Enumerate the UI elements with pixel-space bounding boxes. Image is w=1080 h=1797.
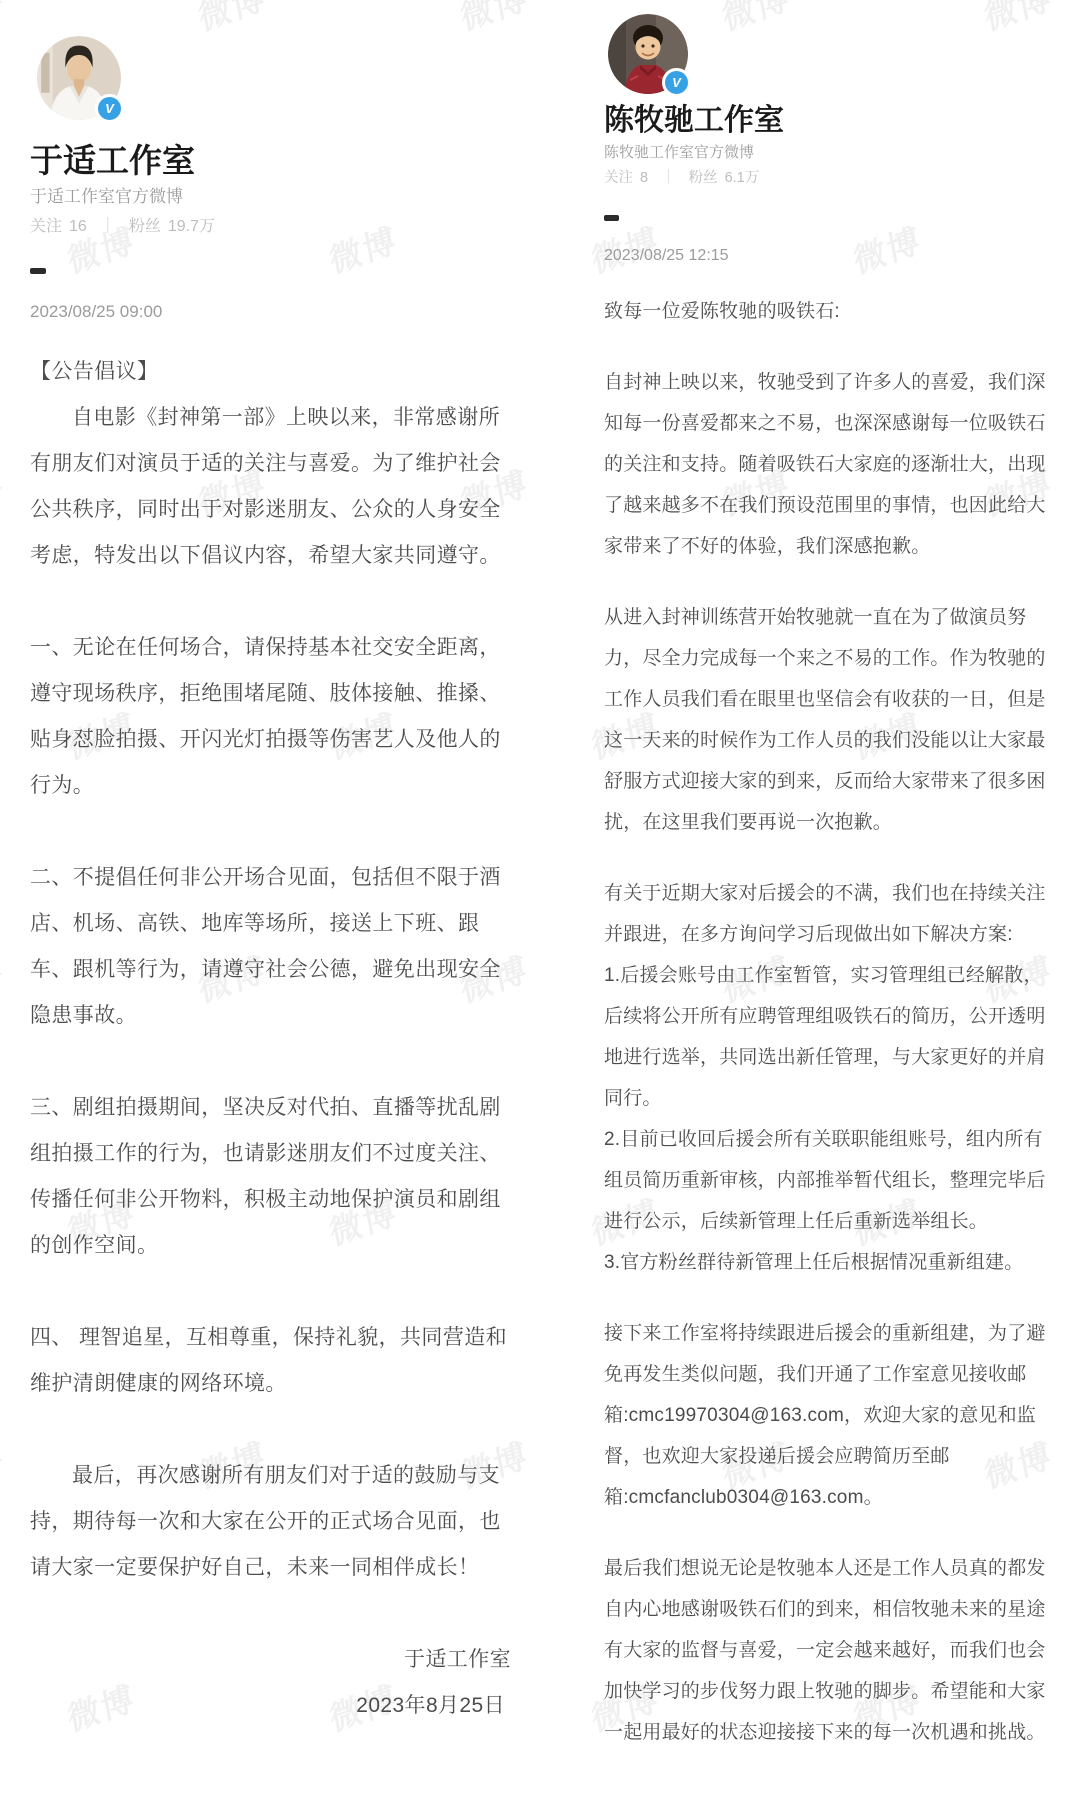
post-paragraph: 【公告倡议】: [30, 349, 511, 395]
post-paragraph: 致每一位爱陈牧驰的吸铁石:: [604, 291, 1054, 332]
weibo-watermark: 微博: [456, 0, 531, 40]
weibo-watermark: 微博: [0, 457, 8, 526]
fans-count: 6.1万: [725, 169, 760, 188]
post-paragraph: 最后我们想说无论是牧驰本人还是工作人员真的都发自内心地感谢吸铁石们的到来，相信牧…: [604, 1548, 1054, 1753]
profile-name-right[interactable]: 陈牧驰工作室: [604, 102, 1054, 140]
verified-badge-icon: V: [662, 68, 691, 97]
avatar-right[interactable]: V: [608, 14, 688, 94]
stats-divider: ｜: [100, 216, 116, 238]
post-left: V 于适工作室 于适工作室官方微博 关注 16 ｜ 粉丝 19.7万 2023/…: [30, 36, 511, 1729]
follow-label: 关注: [604, 169, 633, 188]
post-paragraph: 一、无论在任何场合，请保持基本社交安全距离，遵守现场秩序，拒绝围堵尾随、肢体接触…: [30, 625, 511, 809]
post-paragraph: 接下来工作室将持续跟进后援会的重新组建，为了避免再发生类似问题，我们开通了工作室…: [604, 1313, 1054, 1518]
post-paragraph: 自封神上映以来，牧驰受到了许多人的喜爱，我们深知每一份喜爱都来之不易，也深深感谢…: [604, 362, 1054, 567]
profile-name-left[interactable]: 于适工作室: [30, 141, 511, 181]
post-right: V 陈牧驰工作室 陈牧驰工作室官方微博 关注 8 ｜ 粉丝 6.1万 2023/…: [604, 14, 1054, 1783]
weibo-watermark: 微博: [0, 943, 8, 1012]
post-body-right: 致每一位爱陈牧驰的吸铁石:自封神上映以来，牧驰受到了许多人的喜爱，我们深知每一份…: [604, 291, 1054, 1753]
post-paragraph: 四、 理智追星，互相尊重，保持礼貌，共同营造和维护清朗健康的网络环境。: [30, 1315, 511, 1407]
post-paragraph: 有关于近期大家对后援会的不满，我们也在持续关注并跟进，在多方询问学习后现做出如下…: [604, 873, 1054, 1283]
post-timestamp-right: 2023/08/25 12:15: [604, 245, 1054, 267]
signature-block: 于适工作室 2023年8月25日: [30, 1637, 511, 1729]
weibo-watermark: 微博: [194, 0, 269, 40]
post-timestamp-left: 2023/08/25 09:00: [30, 300, 511, 324]
collapse-dash-icon: [30, 268, 46, 274]
profile-subtitle-right: 陈牧驰工作室官方微博: [604, 143, 1054, 163]
fans-count: 19.7万: [168, 216, 215, 238]
collapse-dash-icon: [604, 215, 619, 221]
follow-label: 关注: [30, 216, 62, 238]
fans-label: 粉丝: [689, 169, 718, 188]
weibo-watermark: 微博: [0, 1429, 8, 1498]
post-paragraph: 从进入封神训练营开始牧驰就一直在为了做演员努力，尽全力完成每一个来之不易的工作。…: [604, 597, 1054, 843]
post-body-left: 【公告倡议】自电影《封神第一部》上映以来，非常感谢所有朋友们对演员于适的关注与喜…: [30, 349, 511, 1591]
avatar-left[interactable]: V: [37, 36, 121, 120]
weibo-statements-screenshot: 微博微博微博微博微博微博微博微博微博微博微博微博微博微博微博微博微博微博微博微博…: [0, 0, 1080, 1797]
post-paragraph: 自电影《封神第一部》上映以来，非常感谢所有朋友们对演员于适的关注与喜爱。为了维护…: [30, 395, 511, 579]
signature-name: 于适工作室: [30, 1637, 511, 1683]
signature-date: 2023年8月25日: [30, 1683, 511, 1729]
fans-label: 粉丝: [129, 216, 161, 238]
weibo-watermark: 微博: [0, 0, 8, 40]
profile-stats-right: 关注 8 ｜ 粉丝 6.1万: [604, 169, 1054, 188]
post-paragraph: 最后，再次感谢所有朋友们对于适的鼓励与支持，期待每一次和大家在公开的正式场合见面…: [30, 1453, 511, 1591]
profile-subtitle-left: 于适工作室官方微博: [30, 186, 511, 208]
verified-badge-icon: V: [95, 94, 124, 123]
follow-count: 16: [69, 216, 87, 238]
profile-stats-left: 关注 16 ｜ 粉丝 19.7万: [30, 216, 511, 238]
post-paragraph: 三、剧组拍摄期间，坚决反对代拍、直播等扰乱剧组拍摄工作的行为，也请影迷朋友们不过…: [30, 1085, 511, 1269]
stats-divider: ｜: [661, 169, 676, 188]
post-paragraph: 二、不提倡任何非公开场合见面，包括但不限于酒店、机场、高铁、地库等场所，接送上下…: [30, 855, 511, 1039]
follow-count: 8: [640, 169, 648, 188]
